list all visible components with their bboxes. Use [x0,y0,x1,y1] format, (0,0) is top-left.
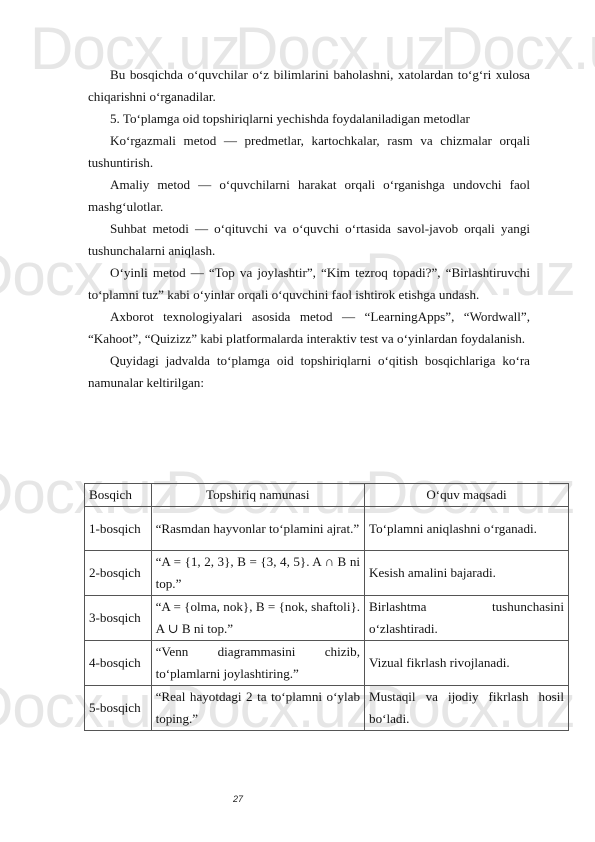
paragraph-visual-method: Ko‘rgazmali metod — predmetlar, kartochk… [88,130,530,174]
header-task-sample: Topshiriq namunasi [151,484,364,507]
cell-task: “Real hayotdagi 2 ta to‘plamni o‘ylab to… [151,686,364,731]
cell-goal: Birlashtma tushunchasini o‘zlashtiradi. [365,596,569,641]
cell-task: “A = {1, 2, 3}, B = {3, 4, 5}. A ∩ B ni … [151,551,364,596]
cell-goal: Mustaqil va ijodiy fikrlash hosil bo‘lad… [365,686,569,731]
cell-goal: To‘plamni aniqlashni o‘rganadi. [365,507,569,551]
paragraph-it-method: Axborot texnologiyalari asosida metod — … [88,306,530,350]
cell-stage: 2-bosqich [85,551,152,596]
table-row: 5-bosqich “Real hayotdagi 2 ta to‘plamni… [85,686,569,731]
table-row: 2-bosqich “A = {1, 2, 3}, B = {3, 4, 5}.… [85,551,569,596]
table-row: 1-bosqich “Rasmdan hayvonlar to‘plamini … [85,507,569,551]
header-learning-goal: O‘quv maqsadi [365,484,569,507]
paragraph-assessment-stage: Bu bosqichda o‘quvchilar o‘z bilimlarini… [88,64,530,108]
paragraph-practical-method: Amaliy metod — o‘quvchilarni harakat orq… [88,174,530,218]
cell-goal: Kesish amalini bajaradi. [365,551,569,596]
table-header-row: Bosqich Topshiriq namunasi O‘quv maqsadi [85,484,569,507]
cell-stage: 1-bosqich [85,507,152,551]
paragraph-table-intro: Quyidagi jadvalda to‘plamga oid topshiri… [88,350,530,394]
cell-stage: 4-bosqich [85,641,152,686]
table-row: 4-bosqich “Venn diagrammasini chizib, to… [85,641,569,686]
table-row: 3-bosqich “A = {olma, nok}, B = {nok, sh… [85,596,569,641]
header-stage: Bosqich [85,484,152,507]
cell-goal: Vizual fikrlash rivojlanadi. [365,641,569,686]
section-heading-methods: 5. To‘plamga oid topshiriqlarni yechishd… [88,108,530,130]
document-body: Bu bosqichda o‘quvchilar o‘z bilimlarini… [88,64,530,394]
page-number: 27 [233,794,243,804]
paragraph-conversation-method: Suhbat metodi — o‘qituvchi va o‘quvchi o… [88,218,530,262]
cell-task: “Rasmdan hayvonlar to‘plamini ajrat.” [151,507,364,551]
cell-task: “Venn diagrammasini chizib, to‘plamlarni… [151,641,364,686]
cell-stage: 5-bosqich [85,686,152,731]
paragraph-game-method: O‘yinli metod — “Top va joylashtir”, “Ki… [88,262,530,306]
stages-table: Bosqich Topshiriq namunasi O‘quv maqsadi… [84,483,569,731]
cell-stage: 3-bosqich [85,596,152,641]
cell-task: “A = {olma, nok}, B = {nok, shaftoli}. A… [151,596,364,641]
